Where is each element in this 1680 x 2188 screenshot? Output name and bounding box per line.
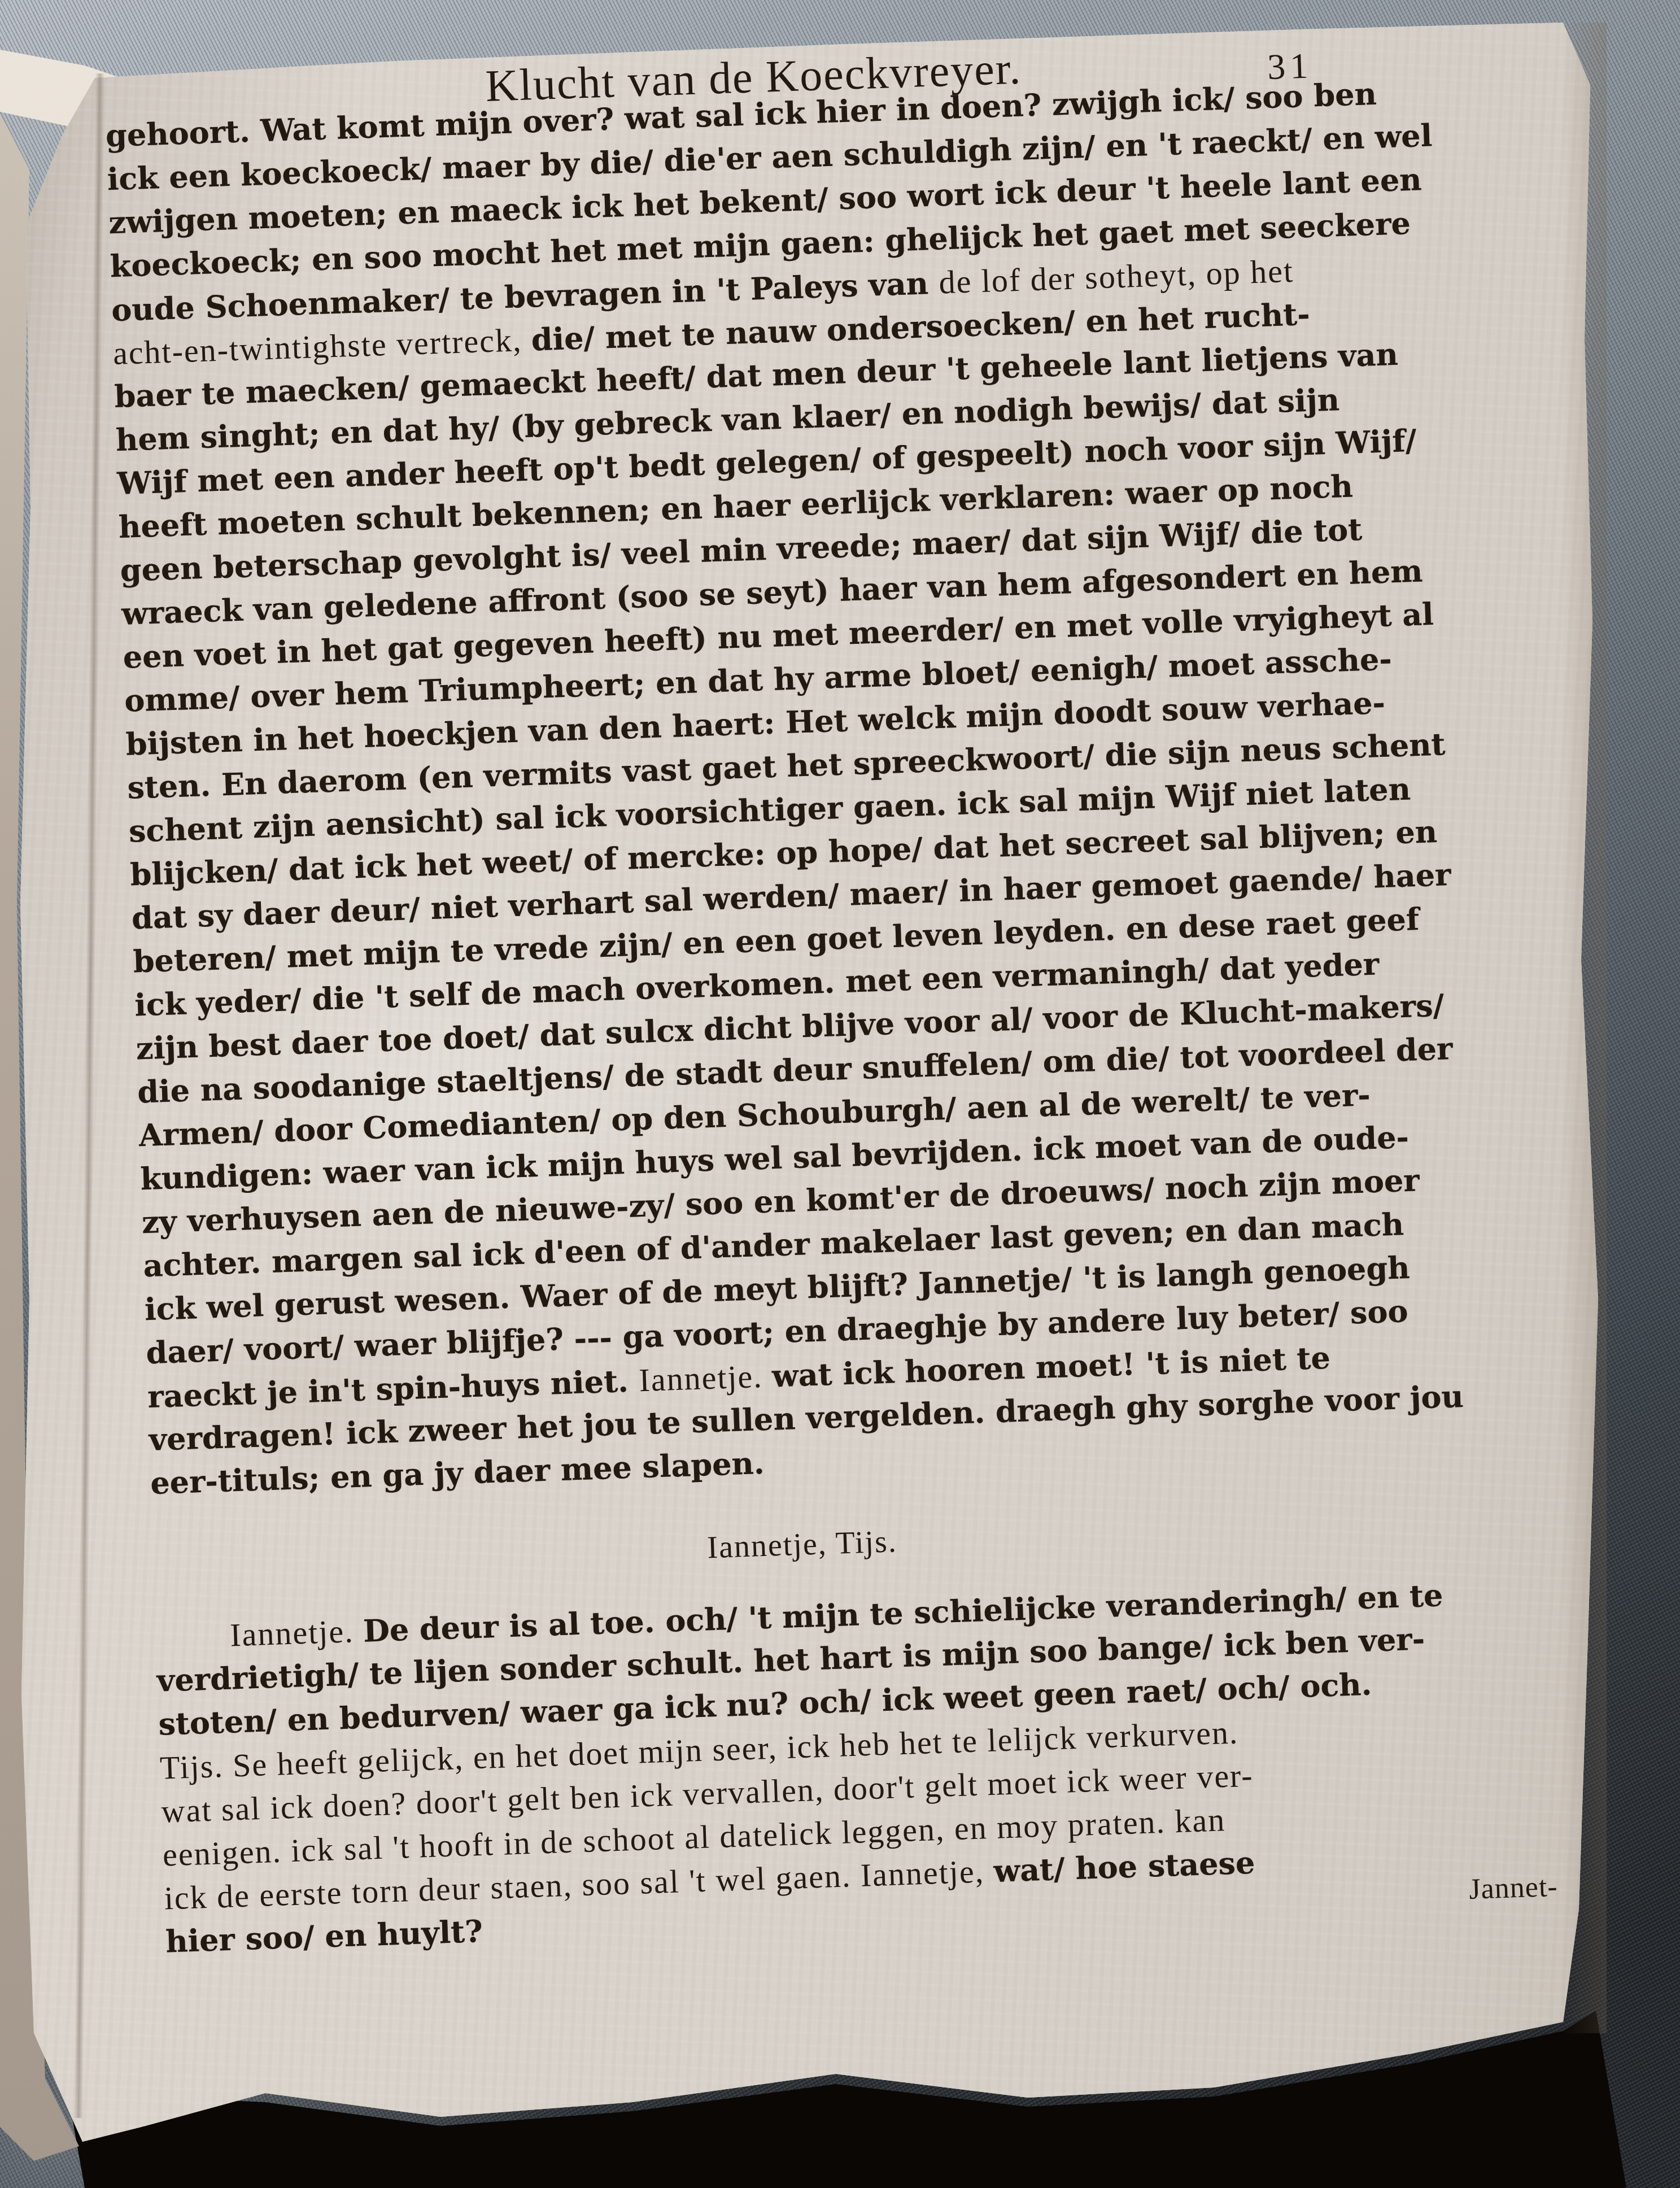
book-photo: Klucht van de Koeckvreyer. 31 gehoort. W… [0,0,1680,2188]
page-content: Klucht van de Koeckvreyer. 31 gehoort. W… [53,10,1632,2069]
text-segment: Iannetje. [638,1357,773,1398]
text-segment: Iannetje. [229,1612,364,1654]
scene-heading: Iannetje, Tijs. [102,1503,1503,1586]
monologue-text: gehoort. Wat komt mijn over? wat sal ick… [105,69,1494,1505]
text-segment: wat/ hoe staese [993,1845,1255,1889]
text-segment: de lof der sotheyt, op het [939,252,1294,301]
text-segment: hier soo/ en huylt? [165,1913,483,1960]
catchword: Jannet- [1469,1870,1559,1906]
dialogue-text: Iannetje. De deur is al toe. och/ 't mij… [155,1571,1509,1964]
